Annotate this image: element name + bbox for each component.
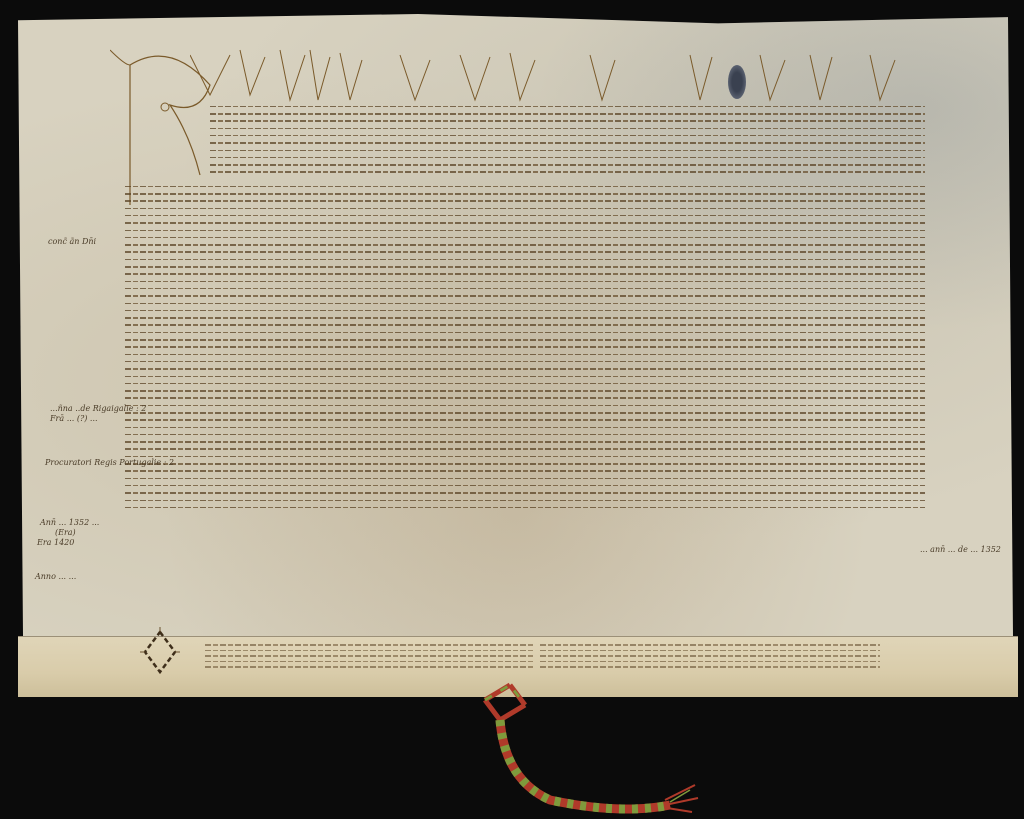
margin-note: Procuratori Regis Portugalie : 2 xyxy=(45,458,174,468)
elongated-title-letters xyxy=(190,45,930,105)
margin-note: ... ann̄ ... de ... 1352 xyxy=(920,545,1001,555)
margin-note: Ann̄ ... 1352 ... xyxy=(40,518,99,528)
margin-note: (Era) xyxy=(55,528,76,538)
margin-note: conc̃ ãn Dn̄i xyxy=(48,237,96,247)
margin-note: Era 1420 xyxy=(37,538,74,548)
margin-note: Frā ... (?) ... xyxy=(50,414,98,424)
seal-cord xyxy=(470,680,700,819)
margin-note: ...ñna ..de Rigaigalie : 2 xyxy=(50,404,146,414)
margin-note: Anno ... ... xyxy=(35,572,76,582)
archive-stamp xyxy=(728,65,746,99)
notary-sign xyxy=(140,627,180,677)
charter-text-body xyxy=(125,180,925,625)
